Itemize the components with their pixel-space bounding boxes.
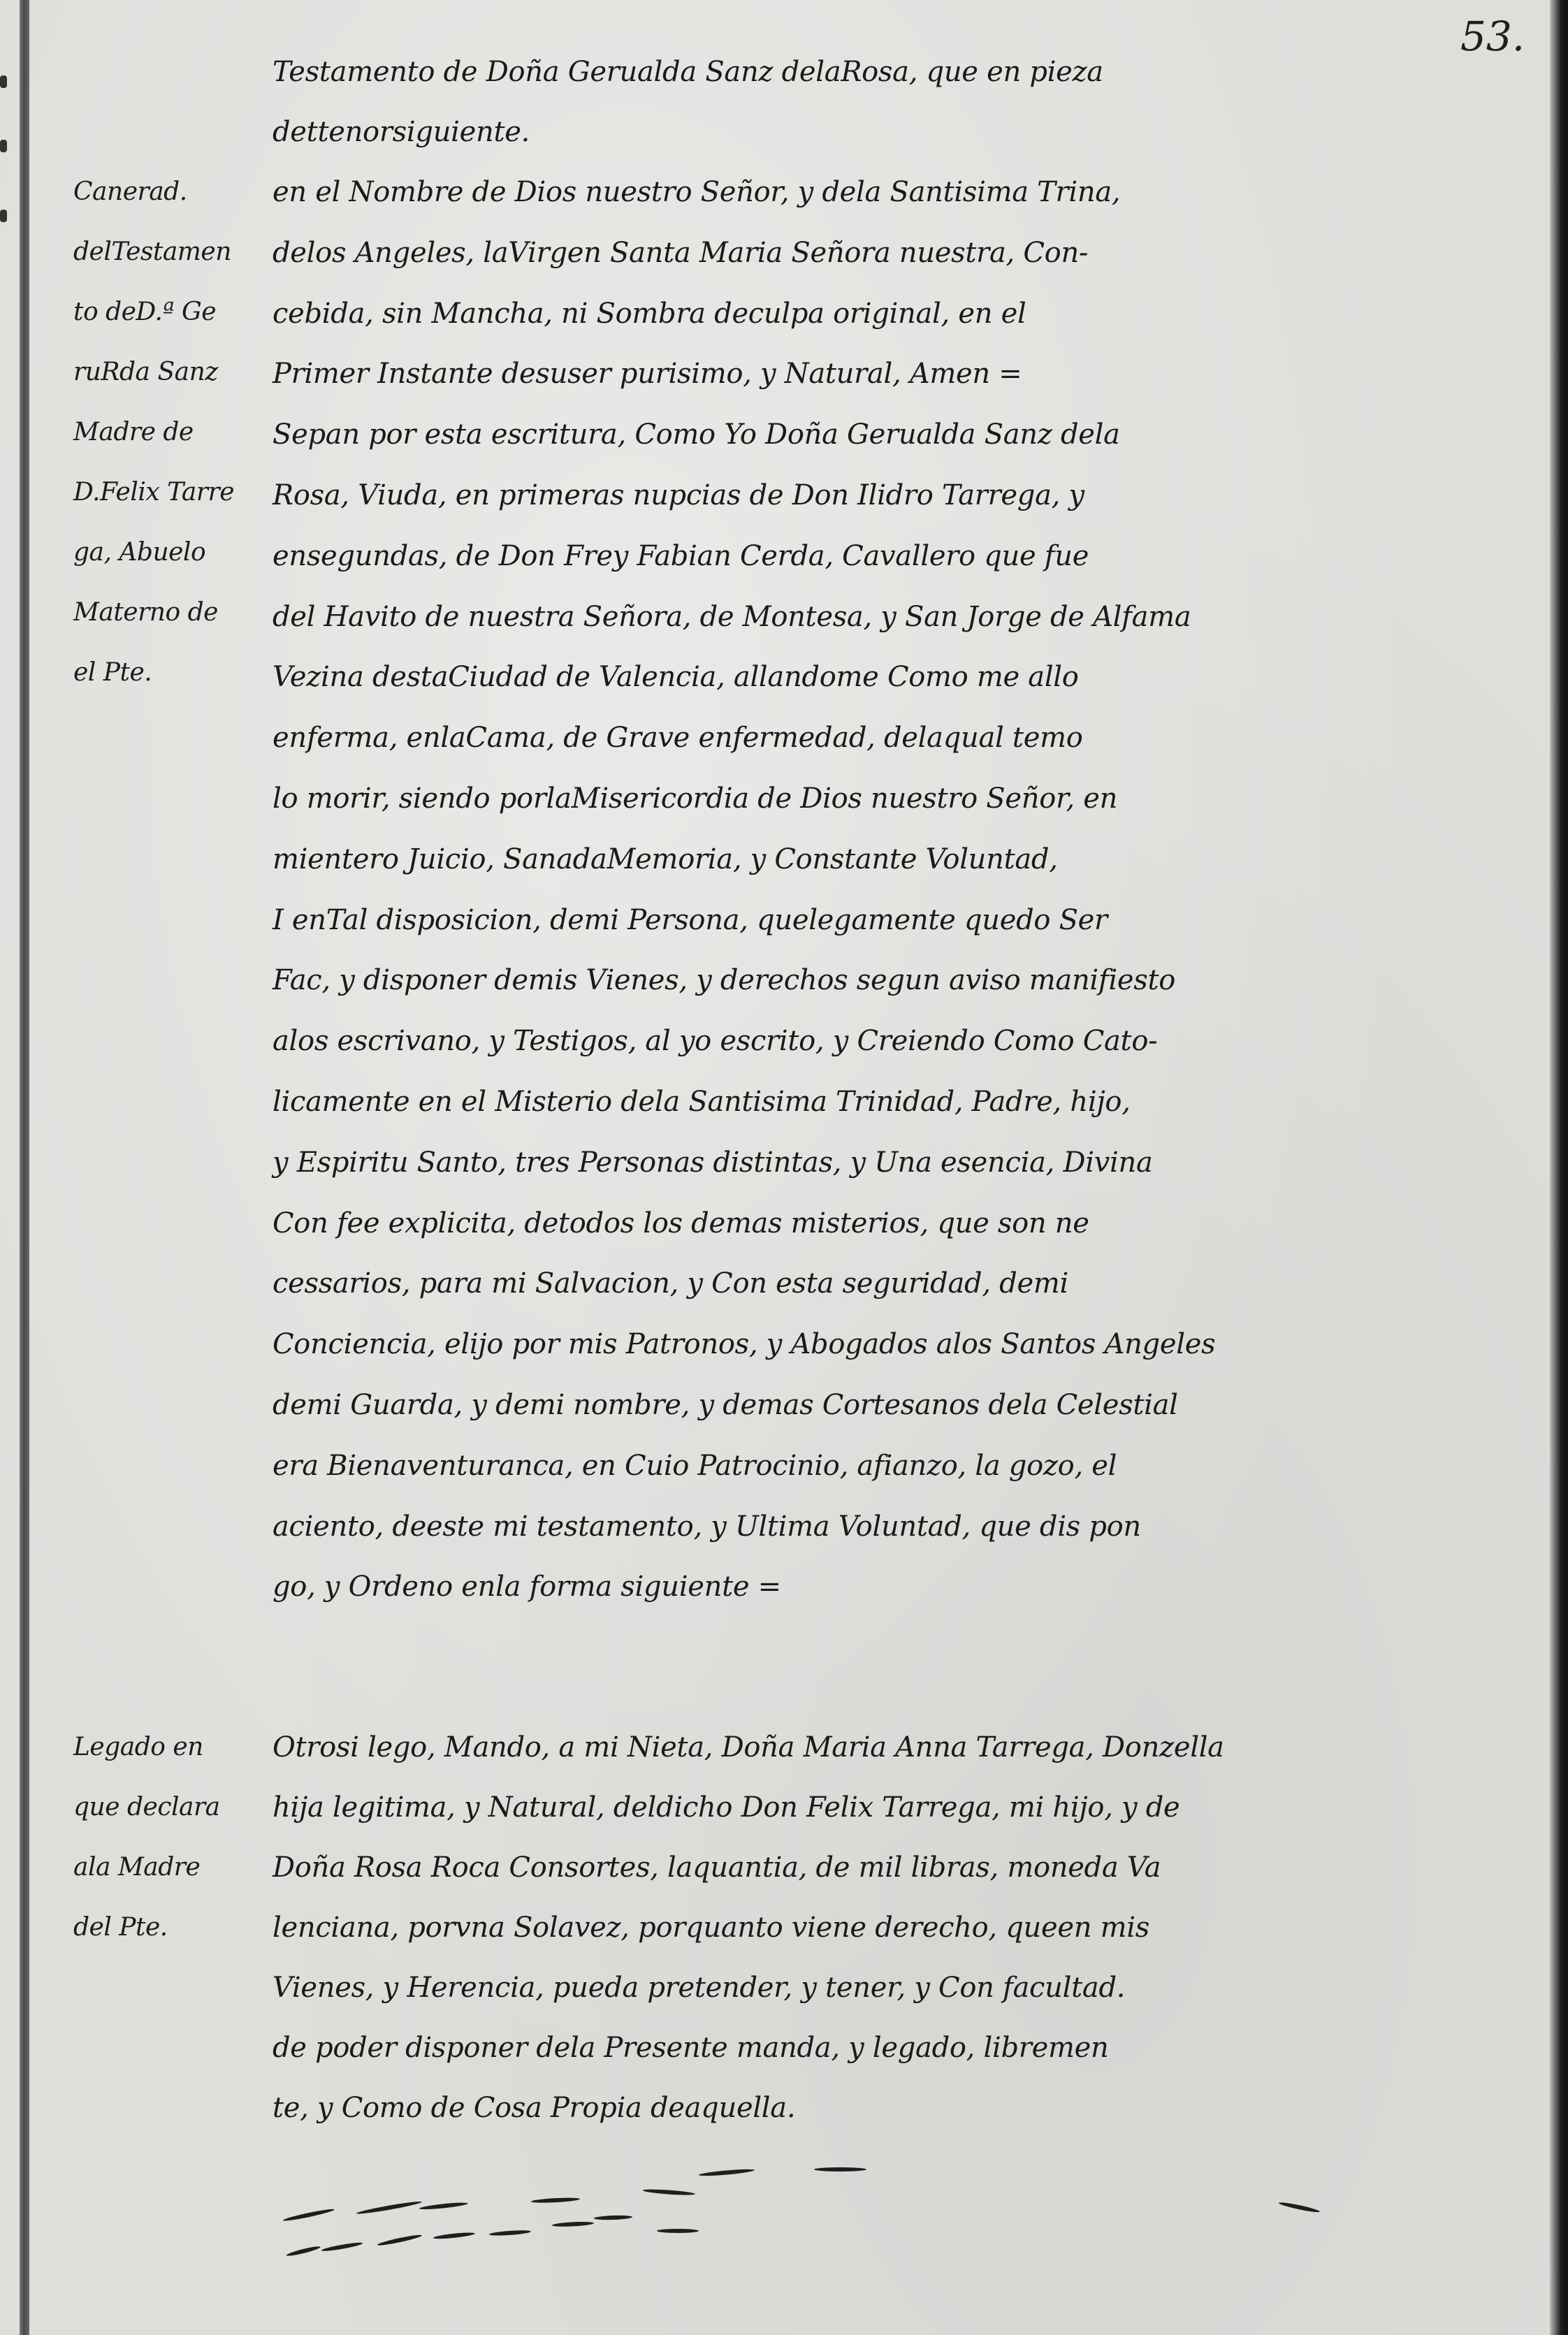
legacy-line: te, y Como de Cosa Propia deaquella. (273, 2078, 1481, 2138)
legacy-line: de poder disponer dela Presente manda, y… (273, 2018, 1481, 2078)
manuscript-page: 53. Testamento de Doña Gerualda Sanz del… (0, 0, 1568, 2335)
body-line: alos escrivano, y Testigos, al yo escrit… (273, 1011, 1481, 1072)
body-line: era Bienaventuranca, en Cuio Patrocinio,… (273, 1436, 1481, 1497)
margin-note-line: D.Felix Tarre (73, 463, 262, 523)
body-line: licamente en el Misterio dela Santisima … (273, 1072, 1481, 1133)
body-line: en el Nombre de Dios nuestro Señor, y de… (273, 162, 1481, 223)
margin-note-line: Canerad. (73, 162, 262, 222)
body-line: Con fee explicita, detodos los demas mis… (273, 1193, 1481, 1254)
legacy-line: Vienes, y Herencia, pueda pretender, y t… (273, 1958, 1481, 2018)
body-line: Conciencia, elijo por mis Patronos, y Ab… (273, 1314, 1481, 1375)
margin-note-line: ruRda Sanz (73, 342, 262, 402)
margin-note-line: Materno de (73, 583, 262, 643)
body-line: go, y Ordeno enla forma siguiente = (273, 1557, 1481, 1617)
document-title: Testamento de Doña Gerualda Sanz delaRos… (273, 42, 1481, 162)
title-line: Testamento de Doña Gerualda Sanz delaRos… (273, 42, 1481, 102)
body-line: enferma, enlaCama, de Grave enfermedad, … (273, 708, 1481, 769)
body-line: lo morir, siendo porlaMisericordia de Di… (273, 769, 1481, 829)
legacy-line: Doña Rosa Roca Consortes, laquantia, de … (273, 1838, 1481, 1898)
legacy-line: hija legitima, y Natural, deldicho Don F… (273, 1777, 1481, 1838)
left-edge-ink-mark (0, 210, 7, 222)
page-right-edge-shadow (1550, 0, 1568, 2335)
margin-note-line: que declara (73, 1777, 262, 1838)
body-line: delos Angeles, laVirgen Santa Maria Seño… (273, 223, 1481, 284)
margin-note-legado: Legado en que declara ala Madre del Pte. (73, 1717, 262, 1958)
body-line: del Havito de nuestra Señora, de Montesa… (273, 587, 1481, 648)
margin-note-line: Madre de (73, 402, 262, 463)
body-line: Sepan por esta escritura, Como Yo Doña G… (273, 405, 1481, 465)
margin-note-line: delTestamen (73, 222, 262, 282)
body-line: Fac, y disponer demis Vienes, y derechos… (273, 950, 1481, 1011)
margin-note-line: ala Madre (73, 1838, 262, 1898)
testament-preamble: en el Nombre de Dios nuestro Señor, y de… (273, 162, 1481, 1617)
body-line: Rosa, Viuda, en primeras nupcias de Don … (273, 465, 1481, 526)
body-line: Vezina destaCiudad de Valencia, allandom… (273, 647, 1481, 708)
legacy-line: Otrosi lego, Mando, a mi Nieta, Doña Mar… (273, 1717, 1481, 1777)
margin-note-line: el Pte. (73, 643, 262, 703)
margin-note-line: to deD.ª Ge (73, 282, 262, 342)
margin-note-line: ga, Abuelo (73, 523, 262, 583)
margin-note-line: Legado en (73, 1717, 262, 1777)
left-edge-ink-mark (0, 75, 7, 88)
margin-note-caneradi: Canerad. delTestamen to deD.ª Ge ruRda S… (73, 162, 262, 703)
body-line: I enTal disposicion, demi Persona, quele… (273, 890, 1481, 951)
body-line: y Espiritu Santo, tres Personas distinta… (273, 1133, 1481, 1193)
body-line: ensegundas, de Don Frey Fabian Cerda, Ca… (273, 526, 1481, 587)
legacy-clause: Otrosi lego, Mando, a mi Nieta, Doña Mar… (273, 1717, 1481, 2138)
body-line: mientero Juicio, SanadaMemoria, y Consta… (273, 829, 1481, 890)
title-line: dettenorsiguiente. (273, 102, 1481, 162)
body-line: cessarios, para mi Salvacion, y Con esta… (273, 1253, 1481, 1314)
legacy-line: lenciana, porvna Solavez, porquanto vien… (273, 1898, 1481, 1958)
left-edge-ink-mark (0, 140, 7, 152)
body-line: demi Guarda, y demi nombre, y demas Cort… (273, 1375, 1481, 1436)
body-line: cebida, sin Mancha, ni Sombra deculpa or… (273, 284, 1481, 344)
body-line: Primer Instante desuser purisimo, y Natu… (273, 344, 1481, 405)
body-line: aciento, deeste mi testamento, y Ultima … (273, 1497, 1481, 1557)
margin-note-line: del Pte. (73, 1898, 262, 1958)
page-binding-line (20, 0, 29, 2335)
